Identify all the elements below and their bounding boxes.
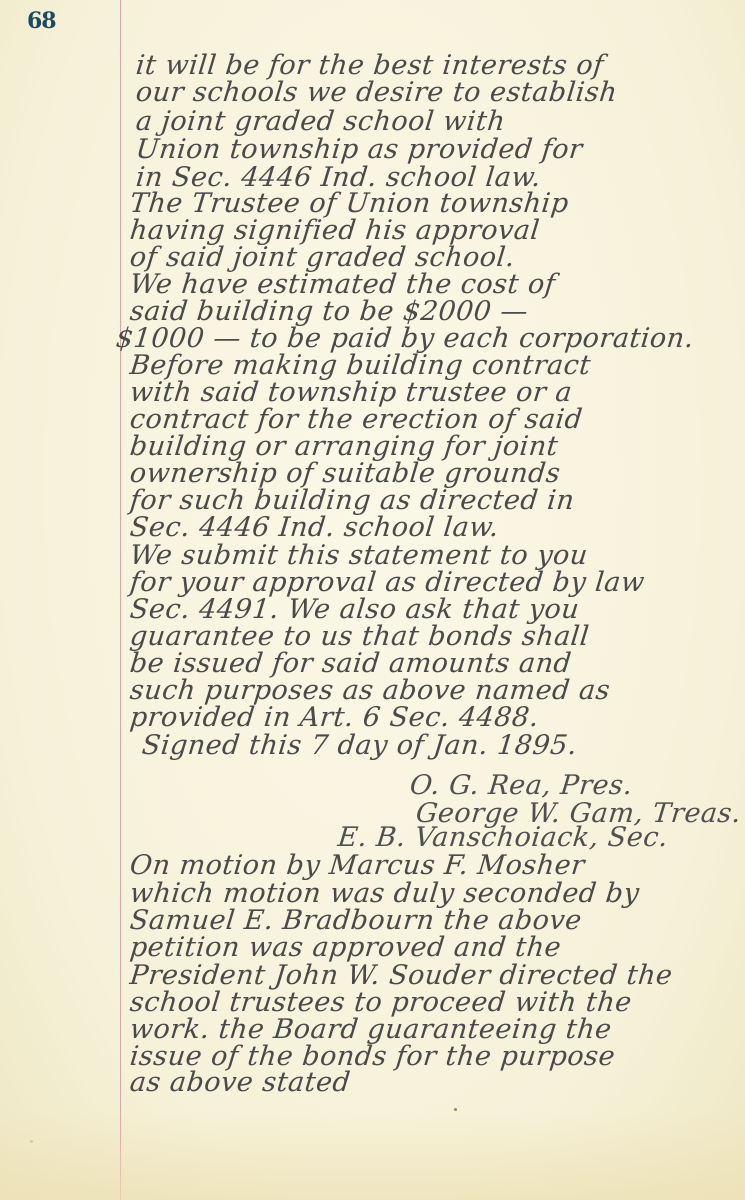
date-line: Signed this 7 day of Jan. 1895. xyxy=(140,730,578,761)
motion-line: as above stated xyxy=(128,1067,352,1098)
page-number: 68 xyxy=(27,8,56,34)
text-line: Sec. 4446 Ind. school law. xyxy=(128,512,500,543)
motion-line: On motion by Marcus F. Mosher xyxy=(128,850,586,881)
ledger-page: 68 it will be for the best interests of … xyxy=(0,0,745,1200)
text-line: provided in Art. 6 Sec. 4488. xyxy=(128,702,540,733)
paper-discoloration xyxy=(0,1110,745,1200)
motion-line: petition was approved and the xyxy=(128,932,562,963)
text-line: a joint graded school with xyxy=(134,106,507,137)
signature-secretary: E. B. Vanschoiack, Sec. xyxy=(336,822,669,853)
text-line: Union township as provided for xyxy=(134,134,584,165)
text-line: our schools we desire to establish xyxy=(134,77,619,108)
margin-rule xyxy=(120,0,121,1200)
signature-president: O. G. Rea, Pres. xyxy=(408,770,634,801)
